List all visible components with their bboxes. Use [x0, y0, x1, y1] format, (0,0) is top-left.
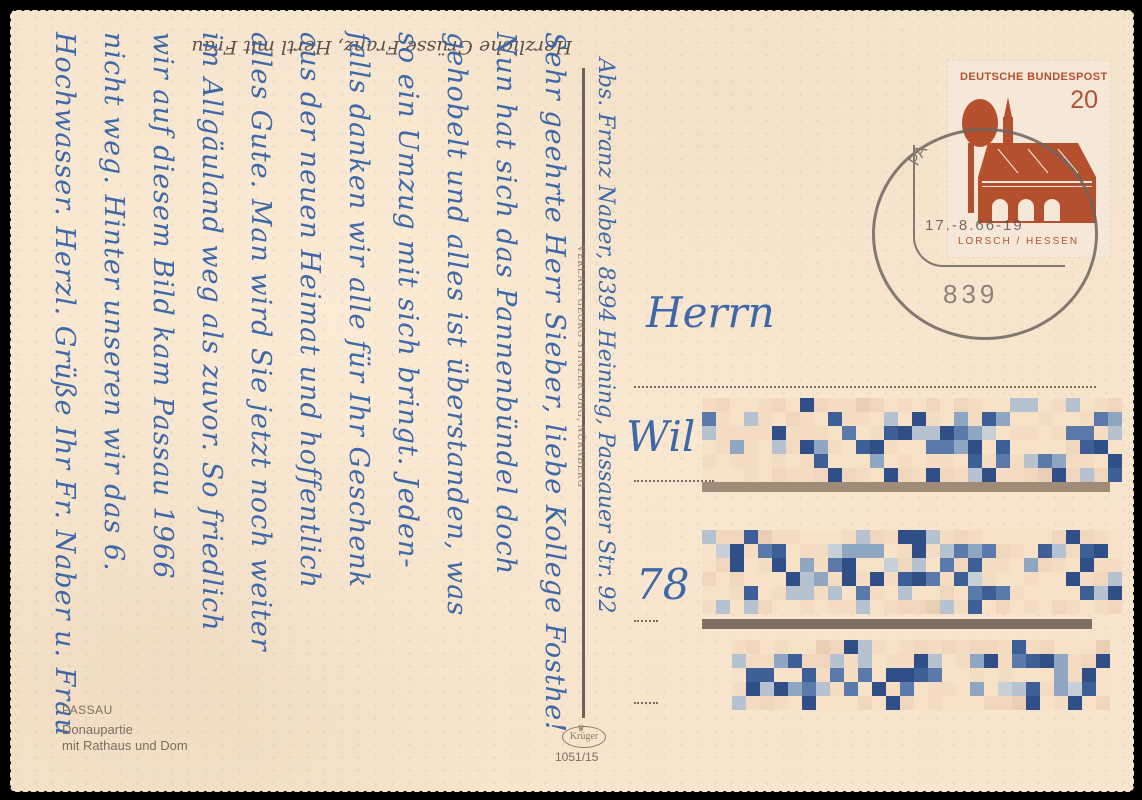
postmark-date: 17.-8.66-19 [925, 217, 1024, 234]
address-line-4 [634, 702, 658, 704]
caption-line-2: mit Rathaus und Dom [62, 738, 188, 754]
message-line: gehobelt und alles ist überstanden, was [441, 32, 472, 616]
address-name: Wil [626, 412, 695, 461]
redacted-city [702, 530, 1122, 614]
address-line-3 [634, 620, 658, 622]
publisher-imprint: VERLAG: GEORG STINZER OHG, NÜRNBERG [575, 245, 586, 488]
message-line: wir auf diesem Bild kam Passau 1966 [147, 32, 178, 579]
message-line: nicht weg. Hinter unseren wir das 6. [98, 32, 129, 572]
message-line: so ein Umzug mit sich bringt. Jeden- [392, 32, 423, 568]
article-number: 1051/15 [555, 750, 598, 764]
caption-line-1: Donaupartie [62, 722, 188, 738]
redacted-underline [702, 619, 1092, 629]
crown-icon: ♛ [577, 718, 585, 738]
postcard: Herzliche Grüsse Franz, Hertl mit Frau S… [10, 10, 1134, 792]
message-line: Hochwasser. Herzl. Grüße Ihr Fr. Naber u… [49, 32, 80, 737]
publisher-logo: ♛ Krüger [562, 726, 606, 748]
stamp-country: DEUTSCHE BUNDESPOST [960, 71, 1108, 83]
message-line: falls danken wir alle für Ihr Geschenk [343, 32, 374, 588]
address-line-1 [634, 386, 1096, 388]
redacted-name [702, 398, 1122, 482]
postmark-postal-code: 839 [943, 279, 998, 310]
message-line: aus der neuen Heimat und hoffentlich [294, 32, 325, 589]
redacted-underline [702, 482, 1110, 492]
sender-line: Abs. Franz Naber, 8394 Heining, Passauer… [593, 58, 618, 613]
message-line: im Allgäuland weg als zuvor. So friedlic… [196, 32, 227, 632]
caption-title: PASSAU [62, 702, 188, 718]
postmark-inner-frame [913, 145, 1065, 267]
message-line: Sehr geehrte Herr Sieber, liebe Kollege … [539, 32, 570, 733]
message-line: Nun hat sich das Pannenbündel doch [490, 32, 521, 575]
redacted-street [732, 640, 1110, 710]
address-city: 78 [636, 560, 689, 609]
message-line: alles Gute. Man wird Sie jetzt noch weit… [245, 32, 276, 652]
postmark: PA 17.-8.66-19 839 [872, 128, 1098, 340]
address-salutation: Herrn [646, 288, 775, 337]
photo-caption: PASSAU Donaupartie mit Rathaus und Dom [62, 702, 188, 754]
